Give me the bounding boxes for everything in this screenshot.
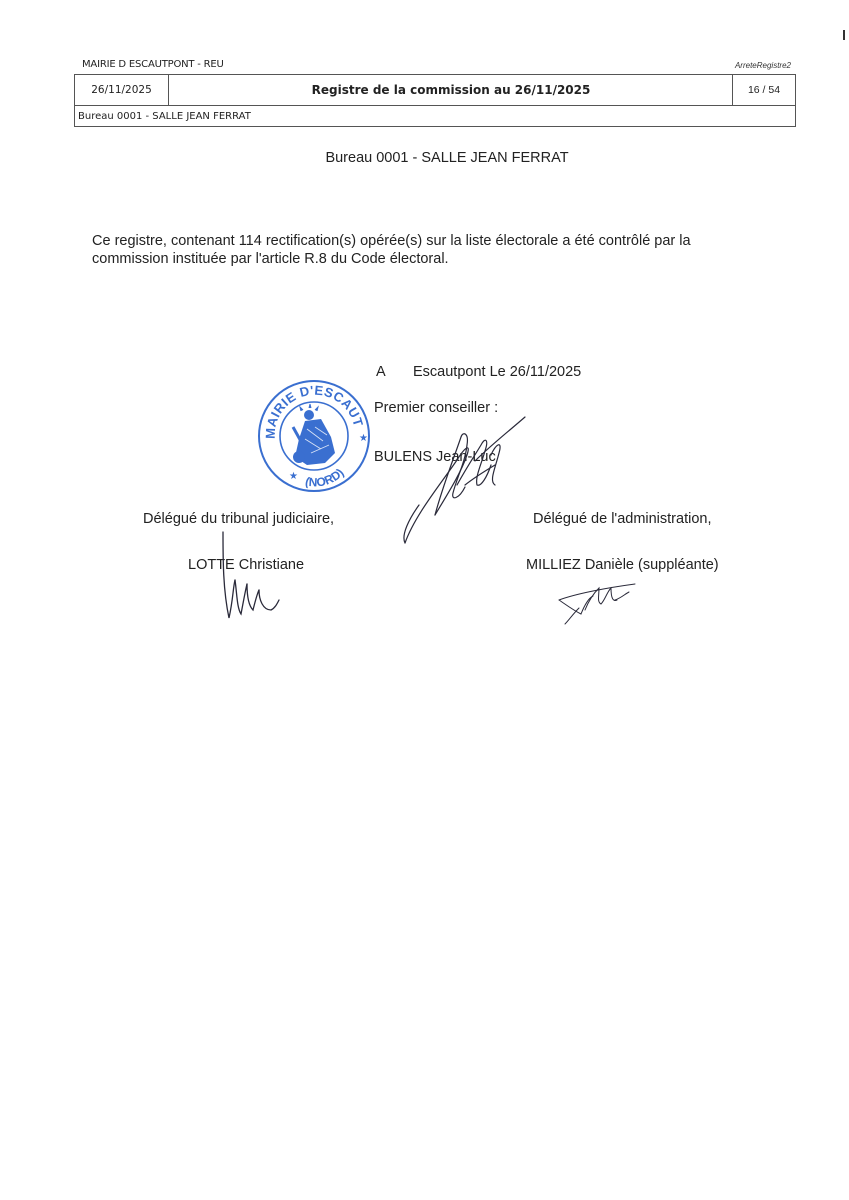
page-number: 16 / 54	[732, 75, 795, 105]
tribunal-signature-icon	[215, 530, 285, 625]
premier-signature-icon	[395, 415, 535, 550]
statement-line: commission instituée par l'article R.8 d…	[92, 250, 752, 268]
admin-delegate-name: MILLIEZ Danièle (suppléante)	[526, 557, 719, 573]
svg-text:★: ★	[289, 471, 298, 482]
premier-conseiller-role: Premier conseiller :	[374, 400, 498, 416]
mairie-stamp-icon: MAIRIE D'ESCAUTPONT (NORD) ★ ★	[255, 379, 373, 493]
place-date-text: Escautpont Le 26/11/2025	[413, 364, 581, 380]
place-date: AEscautpont Le 26/11/2025	[376, 364, 581, 380]
header-title: Registre de la commission au 26/11/2025	[169, 75, 733, 105]
header-table: 26/11/2025 Registre de la commission au …	[74, 74, 796, 127]
tribunal-delegate-name: LOTTE Christiane	[188, 557, 304, 573]
header-bureau: Bureau 0001 - SALLE JEAN FERRAT	[75, 106, 795, 127]
admin-signature-icon	[555, 580, 640, 625]
svg-text:★: ★	[359, 433, 368, 444]
tribunal-delegate-role: Délégué du tribunal judiciaire,	[143, 511, 334, 527]
statement-line: Ce registre, contenant 114 rectification…	[92, 232, 752, 250]
place-prefix: A	[376, 364, 413, 380]
header-row: 26/11/2025 Registre de la commission au …	[75, 75, 795, 106]
premier-conseiller-name: BULENS Jean-Luc	[374, 449, 496, 465]
statement-paragraph: Ce registre, contenant 114 rectification…	[92, 232, 752, 268]
admin-delegate-role: Délégué de l'administration,	[533, 511, 711, 527]
scan-edge-mark	[843, 30, 845, 40]
bureau-title: Bureau 0001 - SALLE JEAN FERRAT	[0, 150, 849, 166]
header-template-id: ArreteRegistre2	[735, 61, 791, 70]
header-organization: MAIRIE D ESCAUTPONT - REU	[82, 59, 224, 70]
header-date: 26/11/2025	[75, 75, 169, 105]
